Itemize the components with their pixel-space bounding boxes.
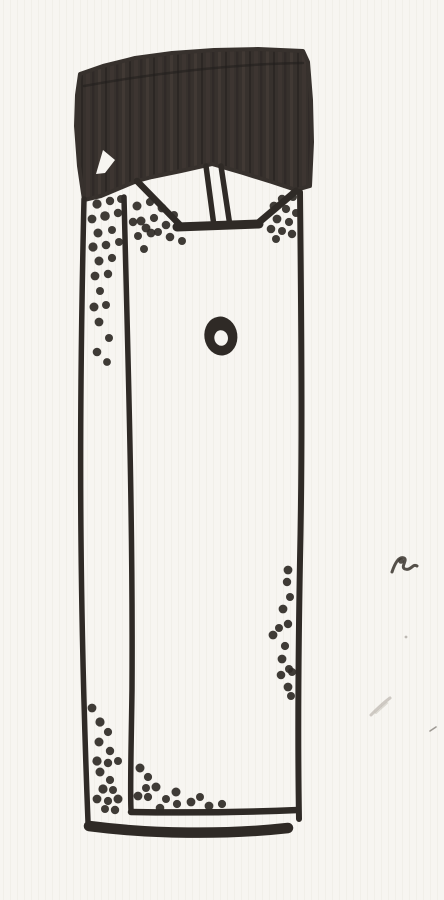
dot-cluster-top-left-gutter	[88, 195, 125, 366]
stipple-dot	[146, 198, 154, 206]
stipple-dot	[284, 566, 293, 575]
stipple-dot	[278, 227, 286, 235]
stipple-dot	[289, 193, 297, 201]
stipple-dot	[269, 631, 278, 640]
stipple-dot	[104, 270, 112, 278]
stipple-dot	[105, 334, 113, 342]
stipple-dot	[88, 704, 97, 713]
device-cap	[76, 49, 312, 200]
cap-shape	[76, 49, 312, 200]
stipple-dot	[170, 211, 178, 219]
stipple-dot	[95, 318, 104, 327]
stipple-dot	[278, 195, 286, 203]
stipple-dot	[133, 202, 142, 211]
stipple-dot	[114, 795, 123, 804]
stipple-dot	[172, 788, 181, 797]
stipple-dot	[88, 215, 97, 224]
dot-cluster-top-right	[267, 193, 300, 243]
airway-slit-left	[206, 166, 214, 226]
stipple-dot	[98, 784, 107, 793]
stipple-dot	[277, 671, 286, 680]
dot-cluster-bottom-left-gutter	[88, 704, 123, 815]
stipple-dot	[156, 804, 165, 813]
stipple-dot	[288, 230, 296, 238]
recess-bottom-edge	[177, 224, 259, 227]
stipple-dot	[91, 272, 100, 281]
body-bottom-inner-edge	[131, 810, 298, 812]
stipple-dot	[142, 224, 151, 233]
stipple-dot	[95, 717, 104, 726]
body-left-inner-edge	[124, 197, 132, 810]
stipple-dot	[283, 578, 291, 586]
body-left-outer-edge	[81, 199, 88, 822]
stipple-dot	[102, 241, 111, 250]
stipple-dot	[282, 205, 290, 213]
stipple-dot	[96, 768, 105, 777]
stipple-dot	[178, 237, 186, 245]
stipple-dot	[272, 235, 280, 243]
stipple-dot	[166, 233, 175, 242]
stipple-dot	[96, 287, 104, 295]
stipple-dot	[95, 738, 104, 747]
stipple-dot	[117, 195, 125, 203]
stipple-dot	[218, 800, 226, 808]
stipple-dot	[205, 802, 214, 811]
stipple-dot	[109, 786, 117, 794]
stipple-dot	[273, 215, 282, 224]
stipple-dot	[88, 242, 97, 251]
stipple-dot	[106, 747, 114, 755]
stipple-dot	[92, 199, 101, 208]
paper-speck	[405, 636, 408, 639]
stray-marks	[371, 558, 436, 731]
vape-sketch-svg	[0, 0, 444, 900]
stipple-dot	[93, 795, 102, 804]
stipple-dot	[103, 358, 111, 366]
indicator-light	[202, 314, 240, 357]
stipple-dot	[136, 764, 145, 773]
stipple-dot	[287, 692, 295, 700]
stipple-dot	[267, 225, 276, 234]
stipple-dot	[288, 668, 296, 676]
stipple-dot	[129, 218, 137, 226]
stipple-dot	[94, 229, 103, 238]
dot-cluster-right-middle	[269, 566, 296, 700]
stipple-dot	[270, 202, 279, 211]
stipple-dot	[106, 776, 114, 784]
stipple-dot	[284, 683, 293, 692]
stipple-dot	[144, 773, 152, 781]
body-right-edge	[298, 192, 301, 819]
stipple-dot	[281, 642, 289, 650]
stipple-dot	[90, 303, 99, 312]
stipple-dot	[102, 301, 110, 309]
stipple-dot	[95, 257, 104, 266]
airway-slits	[206, 166, 230, 226]
airway-slit-right	[221, 166, 230, 226]
stipple-dot	[278, 655, 287, 664]
stipple-dot	[292, 209, 300, 217]
body-bottom-outer-edge	[89, 826, 288, 833]
stipple-dot	[104, 797, 112, 805]
stipple-dot	[106, 197, 114, 205]
stipple-dot	[134, 792, 143, 801]
stipple-dot	[108, 254, 116, 262]
ink-squiggle	[392, 558, 417, 572]
stipple-dot	[134, 232, 142, 240]
stipple-dot	[152, 783, 161, 792]
stipple-dot	[187, 798, 196, 807]
stipple-dot	[114, 757, 122, 765]
stipple-dot	[286, 593, 294, 601]
stipple-dot	[279, 605, 288, 614]
ink-squiggle-knot	[398, 558, 404, 564]
stipple-dot	[275, 624, 283, 632]
stipple-dot	[93, 348, 102, 357]
stipple-dot	[101, 805, 109, 813]
scan-page: { "page": { "description": "Scanned hand…	[0, 0, 444, 900]
scanned-drawing	[0, 0, 444, 900]
stipple-dot	[111, 806, 119, 814]
stipple-dot	[173, 800, 181, 808]
stipple-dot	[104, 728, 112, 736]
stipple-dot	[150, 214, 158, 222]
stipple-dot	[100, 211, 110, 221]
stipple-dot	[114, 209, 122, 217]
pencil-smudge	[371, 698, 390, 715]
stipple-dot	[140, 245, 148, 253]
stipple-dot	[142, 784, 150, 792]
stipple-dots	[88, 193, 300, 814]
stipple-dot	[284, 620, 292, 628]
paper-speck-dash	[430, 727, 436, 731]
dot-cluster-bottom-left-face	[134, 764, 226, 813]
stipple-dot	[108, 226, 116, 234]
stipple-dot	[158, 204, 167, 213]
stipple-dot	[104, 759, 112, 767]
device-body-outline	[81, 192, 302, 833]
stipple-dot	[162, 795, 170, 803]
dot-cluster-top-left-face	[133, 198, 179, 253]
stipple-dot	[162, 221, 171, 230]
stipple-dot	[92, 756, 101, 765]
stipple-dot	[144, 793, 152, 801]
stipple-dot	[285, 218, 293, 226]
stipple-dot	[196, 793, 204, 801]
stipple-dot	[115, 238, 123, 246]
stipple-dot	[154, 228, 162, 236]
